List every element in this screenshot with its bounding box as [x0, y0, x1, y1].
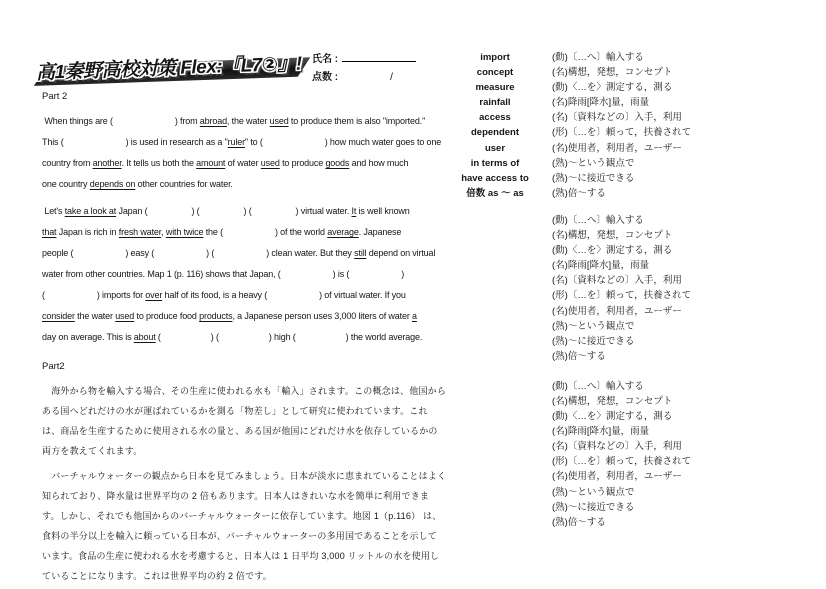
vocab-definition: (動)〈…を〉測定する，測る [552, 243, 672, 258]
text-line: This () is used in research as a "ruler"… [42, 132, 444, 153]
vocab-word: have access to [443, 171, 547, 186]
text-run: ) ( [206, 248, 214, 258]
text-line: Let's take a look at Japan () () () virt… [42, 201, 444, 222]
vocab-row: (形)〔…を〕頼って，扶養されて [443, 454, 803, 469]
underlined-text: abroad [200, 116, 227, 126]
vocab-row: rainfall(名)降雨[降水]量，雨量 [443, 95, 803, 110]
text-run: ) clean water. But they [266, 248, 354, 258]
fill-in-blank [281, 276, 333, 277]
text-run: ) of virtual water. If you [319, 290, 406, 300]
vocab-row: (熟)倍～する [443, 515, 803, 530]
vocab-definition: (熟)～という観点で [552, 319, 634, 334]
vocab-word: measure [443, 80, 547, 95]
underlined-text: used [270, 116, 289, 126]
vocab-word [443, 213, 547, 228]
vocab-row: (名)構想，発想，コンセプト [443, 394, 803, 409]
vocab-definition: (名)〔資料などの〕入手，利用 [552, 439, 682, 454]
fill-in-blank [223, 234, 275, 235]
jp-paragraph-1: 海外から物を輸入する場合、その生産に使われる水も「輸入」されます。この概念は、他… [42, 381, 444, 461]
text-run: " to ( [245, 137, 263, 147]
vocab-row: access(名)〔資料などの〕入手，利用 [443, 110, 803, 125]
vocab-definition: (名)使用者，利用者，ユーザー [552, 304, 682, 319]
text-line: When things are () from abroad, the wate… [42, 111, 444, 132]
en-paragraph-1: When things are () from abroad, the wate… [42, 111, 444, 195]
title-banner: 高1秦野高校対策 Flex:『L7②』! [35, 41, 314, 97]
vocab-row: (動)〔…へ〕輸入する [443, 213, 803, 228]
text-line: that Japan is rich in fresh water, with … [42, 222, 444, 243]
text-run: ) [401, 269, 404, 279]
vocab-word: in terms of [443, 156, 547, 171]
vocab-word [443, 515, 547, 530]
vocab-word [443, 500, 547, 515]
text-line: () imports for over half of its food, is… [42, 285, 444, 306]
text-run: Japan is rich in [56, 227, 118, 237]
text-run: ) the world average. [346, 332, 423, 342]
vocab-word [443, 334, 547, 349]
vocab-word [443, 304, 547, 319]
fill-in-blank [349, 276, 401, 277]
text-line: country from another. It tells us both t… [42, 153, 444, 174]
text-run: half of its food, is a heavy ( [162, 290, 267, 300]
text-line: people () easy () () clean water. But th… [42, 243, 444, 264]
jp-text-line: は、商品を生産するために使用される水の量と、ある国が他国にどれだけ水を依存してい… [42, 421, 444, 441]
vocab-definition: (動)〔…へ〕輸入する [552, 50, 644, 65]
vocab-word [443, 273, 547, 288]
vocab-definition: (形)〔…を〕頼って，扶養されて [552, 125, 691, 140]
vocab-word [443, 454, 547, 469]
fill-in-blank [219, 339, 269, 340]
underlined-text: about [134, 332, 156, 342]
vocab-word [443, 394, 547, 409]
text-run: ) of the world [275, 227, 327, 237]
vocab-word: rainfall [443, 95, 547, 110]
vocab-definition: (熟)～に接近できる [552, 334, 634, 349]
text-run: depend on virtual [366, 248, 435, 258]
fill-in-blank [214, 255, 266, 256]
text-run: people ( [42, 248, 73, 258]
vocab-row: (名)降雨[降水]量，雨量 [443, 424, 803, 439]
vocab-word: 倍数 as ～ as [443, 186, 547, 201]
fill-in-blank [113, 123, 175, 124]
vocab-word: dependent [443, 125, 547, 140]
vocab-word [443, 469, 547, 484]
underlined-text: used [261, 158, 280, 168]
vocab-block-3: (動)〔…へ〕輸入する(名)構想，発想，コンセプト(動)〈…を〉測定する，測る(… [443, 379, 803, 530]
text-line: day on average. This is about () () high… [42, 327, 444, 348]
vocab-definition: (熟)～という観点で [552, 485, 634, 500]
underlined-text: fresh water [119, 227, 161, 237]
jp-text-line: 両方を教えてくれます。 [42, 441, 444, 461]
vocab-row: 倍数 as ～ as(熟)倍～する [443, 186, 803, 201]
vocab-word [443, 243, 547, 258]
vocab-column: import(動)〔…へ〕輸入するconcept(名)構想，発想，コンセプトme… [443, 50, 803, 530]
text-run: is well known [356, 206, 409, 216]
vocab-block-1: import(動)〔…へ〕輸入するconcept(名)構想，発想，コンセプトme… [443, 50, 803, 201]
text-run: . It tells us both the [122, 158, 197, 168]
fill-in-blank [45, 297, 97, 298]
fill-in-blank [252, 213, 296, 214]
text-run: the water [75, 311, 115, 321]
vocab-word: concept [443, 65, 547, 80]
vocab-row: (名)〔資料などの〕入手，利用 [443, 439, 803, 454]
text-run: ( [42, 290, 45, 300]
underlined-text: used [115, 311, 134, 321]
vocab-definition: (名)降雨[降水]量，雨量 [552, 95, 649, 110]
text-run: ) ( [244, 206, 252, 216]
score-field-label: 点数 : [312, 72, 338, 83]
underlined-text: another [93, 158, 122, 168]
vocab-row: measure(動)〈…を〉測定する，測る [443, 80, 803, 95]
text-run: This ( [42, 137, 64, 147]
vocab-definition: (熟)～に接近できる [552, 171, 634, 186]
underlined-text: average [327, 227, 358, 237]
text-run: ) ( [191, 206, 199, 216]
fill-in-blank [73, 255, 125, 256]
vocab-word [443, 319, 547, 334]
text-run: of water [225, 158, 261, 168]
vocab-definition: (名)構想，発想，コンセプト [552, 65, 672, 80]
jp-text-line: す。しかし、それでも他国からのバーチャルウォーターに依存しています。地図 1（p… [42, 506, 444, 526]
vocab-definition: (動)〈…を〉測定する，測る [552, 409, 672, 424]
underlined-text: goods [325, 158, 349, 168]
jp-text-line: 海外から物を輸入する場合、その生産に使われる水も「輸入」されます。この概念は、他… [42, 381, 444, 401]
vocab-word: import [443, 50, 547, 65]
vocab-word: user [443, 141, 547, 156]
jp-text-line: ていることになります。これは世界平均の約 2 倍です。 [42, 566, 444, 586]
fill-in-blank [263, 144, 325, 145]
text-line: one country depends on other countries f… [42, 174, 444, 195]
fill-in-blank [161, 339, 211, 340]
vocab-row: dependent(形)〔…を〕頼って，扶養されて [443, 125, 803, 140]
text-run: , a Japanese person uses 3,000 liters of… [232, 311, 412, 321]
text-run: one country [42, 179, 90, 189]
fill-in-blank [64, 144, 126, 145]
underlined-text: ruler [228, 137, 245, 147]
underlined-text: still [354, 248, 366, 258]
vocab-row: (名)使用者，利用者，ユーザー [443, 469, 803, 484]
vocab-word: access [443, 110, 547, 125]
underlined-text: products [199, 311, 232, 321]
vocab-definition: (熟)倍～する [552, 186, 606, 201]
vocab-definition: (熟)倍～する [552, 515, 606, 530]
vocab-definition: (動)〔…へ〕輸入する [552, 379, 644, 394]
en-paragraph-2: Let's take a look at Japan () () () virt… [42, 201, 444, 348]
vocab-definition: (名)降雨[降水]量，雨量 [552, 424, 649, 439]
text-run: ) virtual water. [296, 206, 352, 216]
text-run: to produce [280, 158, 326, 168]
vocab-word [443, 288, 547, 303]
text-run: ) is ( [333, 269, 350, 279]
vocab-row: (動)〈…を〉測定する，測る [443, 409, 803, 424]
vocab-row: user(名)使用者，利用者，ユーザー [443, 141, 803, 156]
vocab-row: (熟)～に接近できる [443, 334, 803, 349]
text-run: Let's [42, 206, 65, 216]
vocab-word [443, 228, 547, 243]
text-run: ) ( [211, 332, 219, 342]
left-text-column: Part 2 When things are () from abroad, t… [42, 90, 444, 586]
en-part-heading: Part 2 [42, 90, 444, 104]
underlined-text: with twice [166, 227, 204, 237]
vocab-definition: (名)〔資料などの〕入手，利用 [552, 273, 682, 288]
jp-text-line: バーチャルウォーターの観点から日本を見てみましょう。日本が淡水に恵まれていること… [42, 466, 444, 486]
text-run: the ( [203, 227, 223, 237]
vocab-block-2: (動)〔…へ〕輸入する(名)構想，発想，コンセプト(動)〈…を〉測定する，測る(… [443, 213, 803, 364]
vocab-row: (名)降雨[降水]量，雨量 [443, 258, 803, 273]
vocab-row: in terms of(熟)～という観点で [443, 156, 803, 171]
vocab-row: (熟)～という観点で [443, 319, 803, 334]
vocab-definition: (動)〈…を〉測定する，測る [552, 80, 672, 95]
vocab-row: import(動)〔…へ〕輸入する [443, 50, 803, 65]
underlined-text: that [42, 227, 56, 237]
vocab-definition: (動)〔…へ〕輸入する [552, 213, 644, 228]
name-score-box: 氏名 : 点数 :/ [312, 50, 416, 86]
vocab-word [443, 439, 547, 454]
fill-in-blank [296, 339, 346, 340]
vocab-row: (名)〔資料などの〕入手，利用 [443, 273, 803, 288]
worksheet-title: 高1秦野高校対策 Flex:『L7②』! [36, 49, 303, 85]
vocab-row: have access to(熟)～に接近できる [443, 171, 803, 186]
vocab-definition: (熟)～に接近できる [552, 500, 634, 515]
text-run: ) easy ( [125, 248, 154, 258]
vocab-word [443, 424, 547, 439]
vocab-word [443, 349, 547, 364]
text-run: to produce them is also "imported." [289, 116, 426, 126]
underlined-text: amount [196, 158, 225, 168]
underlined-text: a [412, 311, 417, 321]
text-run: water from other countries. Map 1 (p. 11… [42, 269, 281, 279]
jp-text-line: 知られており、降水量は世界平均の 2 倍もあります。日本人はきれいな水を簡単に利… [42, 486, 444, 506]
text-run: to produce food [134, 311, 199, 321]
vocab-definition: (熟)倍～する [552, 349, 606, 364]
vocab-definition: (名)使用者，利用者，ユーザー [552, 141, 682, 156]
vocab-row: (形)〔…を〕頼って，扶養されて [443, 288, 803, 303]
text-run: ) imports for [97, 290, 145, 300]
vocab-row: concept(名)構想，発想，コンセプト [443, 65, 803, 80]
jp-text-line: ある国へどれだけの水が運ばれているかを測る「物差し」として研究に使われています。… [42, 401, 444, 421]
worksheet-page: { "header": { "title": "高1秦野高校対策 Flex:『L… [0, 0, 826, 589]
text-run: ( [156, 332, 161, 342]
vocab-row: (動)〈…を〉測定する，測る [443, 243, 803, 258]
vocab-definition: (名)降雨[降水]量，雨量 [552, 258, 649, 273]
text-run: day on average. This is [42, 332, 134, 342]
text-line: water from other countries. Map 1 (p. 11… [42, 264, 444, 285]
vocab-row: (名)使用者，利用者，ユーザー [443, 304, 803, 319]
vocab-definition: (熟)～という観点で [552, 156, 634, 171]
vocab-row: (動)〔…へ〕輸入する [443, 379, 803, 394]
text-run: and how much [349, 158, 408, 168]
vocab-word [443, 258, 547, 273]
vocab-word [443, 485, 547, 500]
vocab-definition: (形)〔…を〕頼って，扶養されて [552, 288, 691, 303]
text-run: . Japanese [359, 227, 402, 237]
text-run: When things are ( [42, 116, 113, 126]
jp-text-line: 食料の半分以上を輸入に頼っている日本が、バーチャルウォーターの多用国であることを… [42, 526, 444, 546]
fill-in-blank [267, 297, 319, 298]
vocab-definition: (名)構想，発想，コンセプト [552, 394, 672, 409]
name-underline [342, 51, 416, 62]
fill-in-blank [147, 213, 191, 214]
text-run: Japan ( [116, 206, 147, 216]
vocab-definition: (名)構想，発想，コンセプト [552, 228, 672, 243]
underlined-text: depends on [90, 179, 136, 189]
vocab-definition: (名)使用者，利用者，ユーザー [552, 469, 682, 484]
text-run: ) from [175, 116, 200, 126]
vocab-row: (熟)倍～する [443, 349, 803, 364]
vocab-row: (名)構想，発想，コンセプト [443, 228, 803, 243]
vocab-word [443, 379, 547, 394]
vocab-row: (熟)～という観点で [443, 485, 803, 500]
text-run: ) high ( [269, 332, 296, 342]
fill-in-blank [154, 255, 206, 256]
vocab-definition: (形)〔…を〕頼って，扶養されて [552, 454, 691, 469]
vocab-definition: (名)〔資料などの〕入手，利用 [552, 110, 682, 125]
text-run: country from [42, 158, 93, 168]
vocab-row: (熟)～に接近できる [443, 500, 803, 515]
jp-part-heading: Part2 [42, 360, 444, 374]
jp-paragraph-2: バーチャルウォーターの観点から日本を見てみましょう。日本が淡水に恵まれていること… [42, 466, 444, 586]
text-run: ) is used in research as a " [126, 137, 228, 147]
underlined-text: over [145, 290, 162, 300]
vocab-word [443, 409, 547, 424]
jp-text-line: います。食品の生産に使われる水を考慮すると、日本人は 1 日平均 3,000 リ… [42, 546, 444, 566]
underlined-text: consider [42, 311, 75, 321]
score-slash: / [390, 72, 393, 83]
text-line: consider the water used to produce food … [42, 306, 444, 327]
text-run: , the water [227, 116, 270, 126]
fill-in-blank [200, 213, 244, 214]
underlined-text: take a look at [65, 206, 116, 216]
text-run: ) how much water goes to one [325, 137, 441, 147]
text-run: other countries for water. [135, 179, 233, 189]
name-field-label: 氏名 : [312, 54, 338, 65]
